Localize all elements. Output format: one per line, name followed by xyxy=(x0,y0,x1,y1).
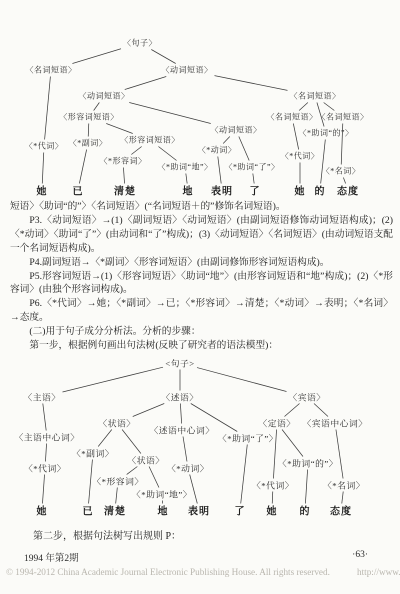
tree-edge xyxy=(158,147,176,161)
tree-node-label: 〈*副词〉 xyxy=(72,447,114,460)
tree-edge xyxy=(72,49,121,64)
tree-edge xyxy=(314,404,328,417)
tree-edge xyxy=(183,437,187,462)
tree-edge xyxy=(79,150,86,184)
tree-leaf-word: 态度 xyxy=(330,503,352,518)
tree-node-label: 〈*名词〉 xyxy=(323,479,365,492)
tree-node-label: 〈*动词〉 xyxy=(198,145,237,156)
tree-edge xyxy=(191,404,237,432)
tree-node-label: 〈句子〉 xyxy=(123,38,157,49)
tree-edge xyxy=(343,178,345,184)
tree-edge xyxy=(336,430,343,479)
copyright-watermark: © 1994-2012 China Academic Journal Elect… xyxy=(6,567,330,577)
tree-node-label: 〈名词短语〉 xyxy=(26,65,77,76)
paragraph-rule-p5: P5.形容词短语→(1)〈形容词短语〉〈助词“地”〉(由形容词短语和“地”构成)… xyxy=(10,270,393,298)
tree-edge xyxy=(285,404,300,417)
tree-node-label: 〈*助词“了”〉 xyxy=(218,432,278,445)
tree-node-label: 〈主语中心词〉 xyxy=(14,431,79,444)
tree-leaf-word: 态度 xyxy=(337,183,359,198)
tree-edge xyxy=(149,467,159,488)
tree-node-label: 〈*代词〉 xyxy=(25,141,64,152)
watermark-strip: © 1994-2012 China Academic Journal Elect… xyxy=(6,567,400,577)
tree-edge xyxy=(127,467,138,475)
tree-node-label: 〈*代词〉 xyxy=(24,462,66,475)
tree-node-label: 〈状语〉 xyxy=(98,417,135,430)
paragraph-rule-p3: P3.〈动词短语〉→(1)〈副词短语〉〈动词短语〉(由副词短语修饰动词短语构成)… xyxy=(10,214,393,256)
step-one-line: 第一步，根据例句画出句法树(反映了研究者的语法模型)： xyxy=(10,339,393,353)
tree-node-label: 〈*代词〉 xyxy=(252,479,294,492)
paragraph-rule-p6: P6.〈*代词〉→她；〈*副词〉→已；〈*形容词〉→清楚；〈*动词〉→表明；〈*… xyxy=(10,297,393,325)
tree-leaf-word: 了 xyxy=(250,183,261,198)
tree-node-label: 〈*助词“地”〉 xyxy=(157,162,212,173)
tree-node-label: 〈*助词“了”〉 xyxy=(224,162,279,173)
tree-node-label: 〈*助词“的”〉 xyxy=(298,128,353,139)
tree-node-label: 〈名词短语〉 xyxy=(290,91,341,102)
body-text-block: 短语〉〈助词“的”〉〈名词短语〉(“名词短语＋的”修饰名词短语)。 P3.〈动词… xyxy=(10,200,393,353)
tree-leaf-word: 她 xyxy=(267,503,278,518)
tree-edge xyxy=(63,367,164,392)
tree-node-label: 〈*形容词〉 xyxy=(100,156,147,167)
tree-edge xyxy=(43,404,46,431)
tree-leaf-word: 清楚 xyxy=(104,503,126,518)
tree-node-label: 〈动词短语〉 xyxy=(211,125,262,136)
tree-node-label: 〈述语〉 xyxy=(161,391,198,404)
tree-edge xyxy=(98,430,112,447)
tree-node-label: 〈状语〉 xyxy=(127,454,164,467)
tree-node-label: 〈*助词“地”〉 xyxy=(132,488,192,501)
tree-edge xyxy=(45,444,46,462)
tree-node-label: 〈名词短语〉 xyxy=(267,112,318,123)
tree-edge xyxy=(253,174,254,184)
tree-edge xyxy=(293,124,298,150)
watermark-url: http://www.cnk xyxy=(357,567,400,577)
tree-node-label: 〈*名词〉 xyxy=(322,166,361,177)
section-two-heading: (二)用于句子成分分析法。分析的步骤： xyxy=(10,325,393,339)
tree-leaf-word: 她 xyxy=(37,503,48,518)
step-two-line: 第二步，根据句法树写出规则 P： xyxy=(10,527,181,542)
tree-leaf-word: 地 xyxy=(158,503,169,518)
tree-edge xyxy=(239,137,249,161)
tree-edge xyxy=(89,460,93,504)
tree-node-label: 〈定语〉 xyxy=(258,417,295,430)
tree-leaf-word: 已 xyxy=(73,183,84,198)
tree-node-label: 〈形容词短语〉 xyxy=(120,135,180,146)
tree-leaf-word: 已 xyxy=(83,503,94,518)
tree-edge xyxy=(94,103,100,111)
journal-issue-label: 1994 年第2期 xyxy=(24,550,79,564)
tree-edge xyxy=(197,368,287,392)
tree-edge xyxy=(241,445,248,504)
tree-edge xyxy=(342,492,343,504)
tree-leaf-word: 地 xyxy=(183,183,194,198)
tree-edge xyxy=(88,124,89,137)
tree-edge xyxy=(131,147,141,155)
tree-node-label: 〈宾语〉 xyxy=(288,391,325,404)
tree-edge xyxy=(133,404,165,417)
tree-edge xyxy=(116,488,118,504)
tree-edge xyxy=(218,157,221,184)
page-number: ·63· xyxy=(352,550,368,560)
tree-leaf-word: 她 xyxy=(295,183,306,198)
tree-node-label: 〈宾语中心词〉 xyxy=(302,417,367,430)
tree-edge xyxy=(223,137,230,144)
tree-leaf-word: 的 xyxy=(315,183,326,198)
tree-edge xyxy=(186,174,187,184)
tree-edge xyxy=(42,475,44,504)
tree-edge xyxy=(282,430,303,457)
tree-node-label: 〈动词短语〉 xyxy=(79,91,130,102)
tree-node-label: 〈形容词短语〉 xyxy=(59,112,119,123)
paragraph-rule-p4: P4.副词短语→〈*副词〉〈形容词短语〉(由副词修饰形容词短语构成)。 xyxy=(10,256,393,270)
tree-leaf-word: 清楚 xyxy=(114,183,136,198)
tree-node-label: 〈*代词〉 xyxy=(281,151,320,162)
tree-edge xyxy=(125,77,167,90)
tree-edge xyxy=(122,430,141,454)
tree-edge xyxy=(151,50,175,64)
tree-edge xyxy=(317,103,324,127)
tree-edge xyxy=(305,470,307,504)
tree-edge xyxy=(341,124,343,165)
tree-edge xyxy=(42,153,43,184)
tree-edge xyxy=(45,77,51,140)
paragraph-p2-continuation: 短语〉〈助词“的”〉〈名词短语〉(“名词短语＋的”修饰名词短语)。 xyxy=(10,200,393,214)
tree-node-label: 〈动词短语〉 xyxy=(162,65,213,76)
scanned-paper-page: 〈句子〉〈名词短语〉〈动词短语〉〈动词短语〉〈名词短语〉〈形容词短语〉〈动词短语… xyxy=(0,0,400,594)
tree-edge xyxy=(190,475,198,504)
tree-node-label: 〈*动词〉 xyxy=(167,462,209,475)
tree-leaf-word: 她 xyxy=(37,183,48,198)
tree-leaf-word: 表明 xyxy=(188,503,210,518)
tree-leaf-word: 了 xyxy=(235,503,246,518)
tree-edge xyxy=(129,103,211,124)
tree-edge xyxy=(106,124,133,134)
tree-node-label: 〈*副词〉 xyxy=(69,138,108,149)
tree-edge xyxy=(215,76,288,91)
tree-edge xyxy=(324,103,335,111)
tree-node-label: 〈*形容词〉 xyxy=(92,475,143,488)
tree-node-label: 〈主语〉 xyxy=(23,391,60,404)
tree-node-label: <句子> xyxy=(165,357,195,370)
tree-edge xyxy=(299,103,308,111)
tree-edge xyxy=(321,140,326,184)
tree-edge xyxy=(123,168,124,184)
tree-leaf-word: 的 xyxy=(300,503,311,518)
tree-node-label: 〈名词短语〉 xyxy=(318,112,369,123)
tree-node-label: 〈*助词“的”〉 xyxy=(278,457,338,470)
tree-edge xyxy=(180,404,181,424)
tree-leaf-word: 表明 xyxy=(211,183,233,198)
tree-edge xyxy=(273,430,276,479)
tree-node-label: 〈述语中心词〉 xyxy=(149,424,214,437)
